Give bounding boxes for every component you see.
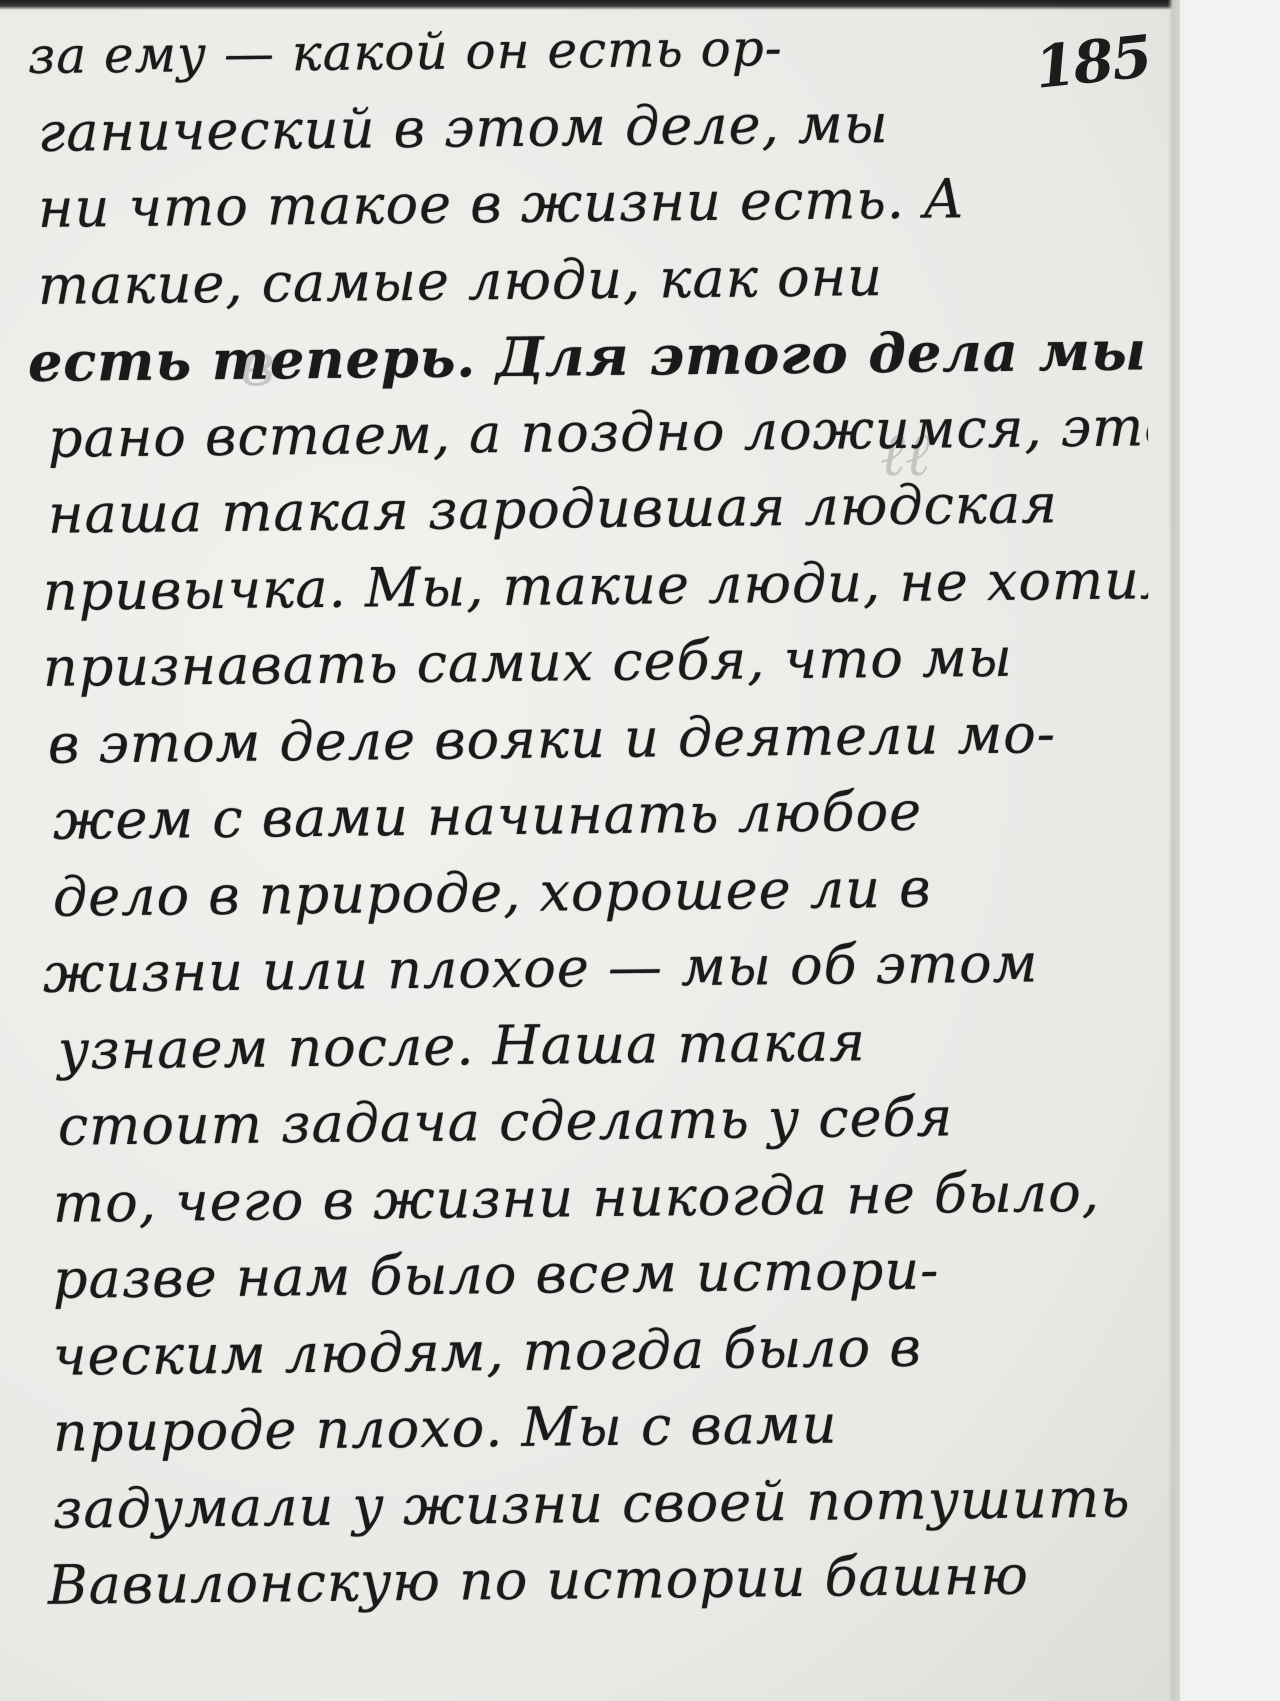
manuscript-line: то, чего в жизни никогда не было, bbox=[28, 1154, 1149, 1242]
manuscript-line: разве нам было всем истори- bbox=[28, 1230, 1149, 1318]
manuscript-line: жем с вами начинать любое bbox=[28, 771, 1149, 859]
manuscript-line: природе плохо. Мы с вами bbox=[28, 1383, 1149, 1471]
manuscript-line: привычка. Мы, такие люди, не хотим bbox=[28, 542, 1149, 630]
manuscript-line: рано встаем, а поздно ложимся, это bbox=[28, 389, 1149, 477]
manuscript-line: дело в природе, хорошее ли в bbox=[28, 848, 1149, 936]
manuscript-text: за ему — какой он есть ор- ганический в … bbox=[28, 18, 1148, 1625]
manuscript-photo: в ℓℓ 185 за ему — какой он есть ор- гани… bbox=[0, 0, 1180, 1701]
manuscript-line: задумали у жизни своей потушить bbox=[28, 1460, 1149, 1548]
manuscript-line: признавать самих себя, что мы bbox=[28, 618, 1149, 706]
manuscript-line: ческим людям, тогда было в bbox=[28, 1307, 1149, 1395]
manuscript-line: такие, самые люди, как они bbox=[28, 236, 1149, 324]
manuscript-line: за ему — какой он есть ор- bbox=[28, 6, 1149, 94]
manuscript-line: есть теперь. Для этого дела мы bbox=[28, 312, 1149, 400]
manuscript-line: в этом деле вояки и деятели мо- bbox=[28, 695, 1149, 783]
manuscript-line: жизни или плохое — мы об этом bbox=[28, 924, 1149, 1012]
manuscript-line: стоит задача сделать у себя bbox=[28, 1077, 1149, 1165]
manuscript-line: ни что такое в жизни есть. А bbox=[28, 159, 1149, 247]
photo-right-border bbox=[1168, 0, 1180, 1701]
manuscript-line: ганический в этом деле, мы bbox=[28, 83, 1149, 171]
manuscript-line: узнаем после. Наша такая bbox=[28, 1001, 1149, 1089]
manuscript-line: Вавилонскую по истории башню bbox=[28, 1536, 1149, 1624]
manuscript-line: наша такая зародившая людская bbox=[28, 465, 1149, 553]
